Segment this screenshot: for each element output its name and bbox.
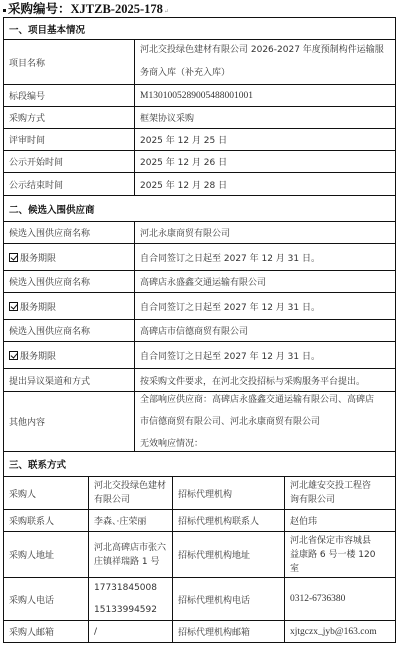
table-row: 服务期限 自合同签订之日起至 2027 年 12 月 31 日。	[4, 341, 395, 368]
label-supplier-name: 候选入围供应商名称	[4, 222, 135, 243]
section3-heading: 三、联系方式	[4, 452, 71, 476]
label-agency-email: 招标代理机构邮箱	[173, 621, 285, 642]
value-publicity-start: 2025 年 12 月 26 日	[135, 151, 395, 172]
label-review-time: 评审时间	[4, 129, 135, 150]
table-row: 项目名称 河北交投绿色建材有限公司 2026-2027 年度预制构件运输服 务商…	[4, 39, 395, 84]
table-row: 标段编号 M1301005289005488001001	[4, 84, 395, 106]
value-purchaser-address: 河北高碑店市张六 庄镇祥瑞路 1 号	[89, 532, 173, 577]
label-purchaser-address: 采购人地址	[4, 532, 89, 577]
label-bid-section-number: 标段编号	[4, 85, 135, 106]
paragraph-mark-icon: ↵	[164, 9, 169, 15]
table-row: 候选入围供应商名称 高碑店市信德商贸有限公司	[4, 319, 395, 341]
value-procurement-method: 框架协议采购	[135, 107, 395, 128]
table-row: 服务期限 自合同签订之日起至 2027 年 12 月 31 日。	[4, 243, 395, 270]
value-agency: 河北雄安交投工程咨 询有限公司	[285, 477, 395, 509]
value-service-term: 自合同签订之日起至 2027 年 12 月 31 日。	[135, 244, 395, 270]
value-supplier-name: 高碑店永盛鑫交通运输有限公司	[135, 271, 395, 292]
label-other-content: 其他内容	[4, 392, 135, 451]
value-purchaser: 河北交投绿色建材 有限公司	[89, 477, 173, 509]
table-row: 其他内容 全部响应供应商：高碑店永盛鑫交通运输有限公司、高碑店 市信德商贸有限公…	[4, 391, 395, 451]
value-other-content: 全部响应供应商：高碑店永盛鑫交通运输有限公司、高碑店 市信德商贸有限公司、河北永…	[135, 392, 395, 451]
label-supplier-name: 候选入围供应商名称	[4, 320, 135, 341]
label-service-term: 服务期限	[4, 342, 135, 368]
announcement-table: 一、项目基本情况 项目名称 河北交投绿色建材有限公司 2026-2027 年度预…	[3, 17, 396, 643]
label-publicity-end: 公示结束时间	[4, 173, 135, 195]
value-agency-contact: 赵伯玮	[285, 510, 395, 531]
table-row: 公示开始时间 2025 年 12 月 26 日	[4, 150, 395, 172]
value-publicity-end: 2025 年 12 月 28 日	[135, 173, 395, 195]
section-heading-row: 一、项目基本情况	[4, 18, 395, 39]
value-supplier-name: 河北永康商贸有限公司	[135, 222, 395, 243]
value-service-term: 自合同签订之日起至 2027 年 12 月 31 日。	[135, 342, 395, 368]
label-procurement-method: 采购方式	[4, 107, 135, 128]
table-row: 候选入围供应商名称 高碑店永盛鑫交通运输有限公司	[4, 270, 395, 292]
table-row: 评审时间 2025 年 12 月 25 日	[4, 128, 395, 150]
value-agency-address: 河北省保定市容城县 益康路 6 号一楼 120 室	[285, 532, 395, 577]
value-agency-email[interactable]: xjtgczx_jyb@163.com	[285, 621, 395, 642]
label-project-name: 项目名称	[4, 40, 135, 84]
label-purchaser-contact: 采购联系人	[4, 510, 89, 531]
label-agency-phone: 招标代理机构电话	[173, 578, 285, 620]
contact-row: 采购联系人 李森、·庄荣丽 招标代理机构联系人 赵伯玮	[4, 509, 395, 531]
label-agency-contact: 招标代理机构联系人	[173, 510, 285, 531]
label-agency-address: 招标代理机构地址	[173, 532, 285, 577]
table-row: 候选入围供应商名称 河北永康商贸有限公司	[4, 221, 395, 243]
label-purchaser-phone: 采购人电话	[4, 578, 89, 620]
value-project-name: 河北交投绿色建材有限公司 2026-2027 年度预制构件运输服 务商入库（补充…	[135, 40, 395, 84]
value-service-term: 自合同签订之日起至 2027 年 12 月 31 日。	[135, 293, 395, 319]
label-objection-channel: 提出异议渠道和方式	[4, 369, 135, 391]
contact-row: 采购人地址 河北高碑店市张六 庄镇祥瑞路 1 号 招标代理机构地址 河北省保定市…	[4, 531, 395, 577]
value-bid-section-number: M1301005289005488001001	[135, 85, 395, 106]
section1-heading: 一、项目基本情况	[4, 18, 90, 39]
bullet-icon	[3, 9, 6, 12]
checkbox-checked-icon	[9, 253, 18, 262]
value-purchaser-email: /	[89, 621, 173, 642]
value-supplier-name: 高碑店市信德商贸有限公司	[135, 320, 395, 341]
value-review-time: 2025 年 12 月 25 日	[135, 129, 395, 150]
label-publicity-start: 公示开始时间	[4, 151, 135, 172]
section2-heading: 二、候选入围供应商	[4, 196, 100, 221]
value-agency-phone: 0312-6736380	[285, 578, 395, 620]
label-service-term: 服务期限	[4, 293, 135, 319]
section-heading-row: 二、候选入围供应商	[4, 195, 395, 221]
contact-row: 采购人邮箱 / 招标代理机构邮箱 xjtgczx_jyb@163.com	[4, 620, 395, 642]
checkbox-checked-icon	[9, 302, 18, 311]
procurement-number-title: 采购编号：XJTZB-2025-178↵	[3, 1, 169, 17]
value-purchaser-phone: 17731845008 15133994592	[89, 578, 173, 620]
label-service-term: 服务期限	[4, 244, 135, 270]
section-heading-row: 三、联系方式	[4, 451, 395, 476]
table-row: 采购方式 框架协议采购	[4, 106, 395, 128]
label-purchaser: 采购人	[4, 477, 89, 509]
contact-row: 采购人 河北交投绿色建材 有限公司 招标代理机构 河北雄安交投工程咨 询有限公司	[4, 476, 395, 509]
label-supplier-name: 候选入围供应商名称	[4, 271, 135, 292]
table-row: 公示结束时间 2025 年 12 月 28 日	[4, 172, 395, 195]
label-purchaser-email: 采购人邮箱	[4, 621, 89, 642]
contact-row: 采购人电话 17731845008 15133994592 招标代理机构电话 0…	[4, 577, 395, 620]
value-purchaser-contact: 李森、·庄荣丽	[89, 510, 173, 531]
table-row: 服务期限 自合同签订之日起至 2027 年 12 月 31 日。	[4, 292, 395, 319]
label-agency: 招标代理机构	[173, 477, 285, 509]
checkbox-checked-icon	[9, 351, 18, 360]
